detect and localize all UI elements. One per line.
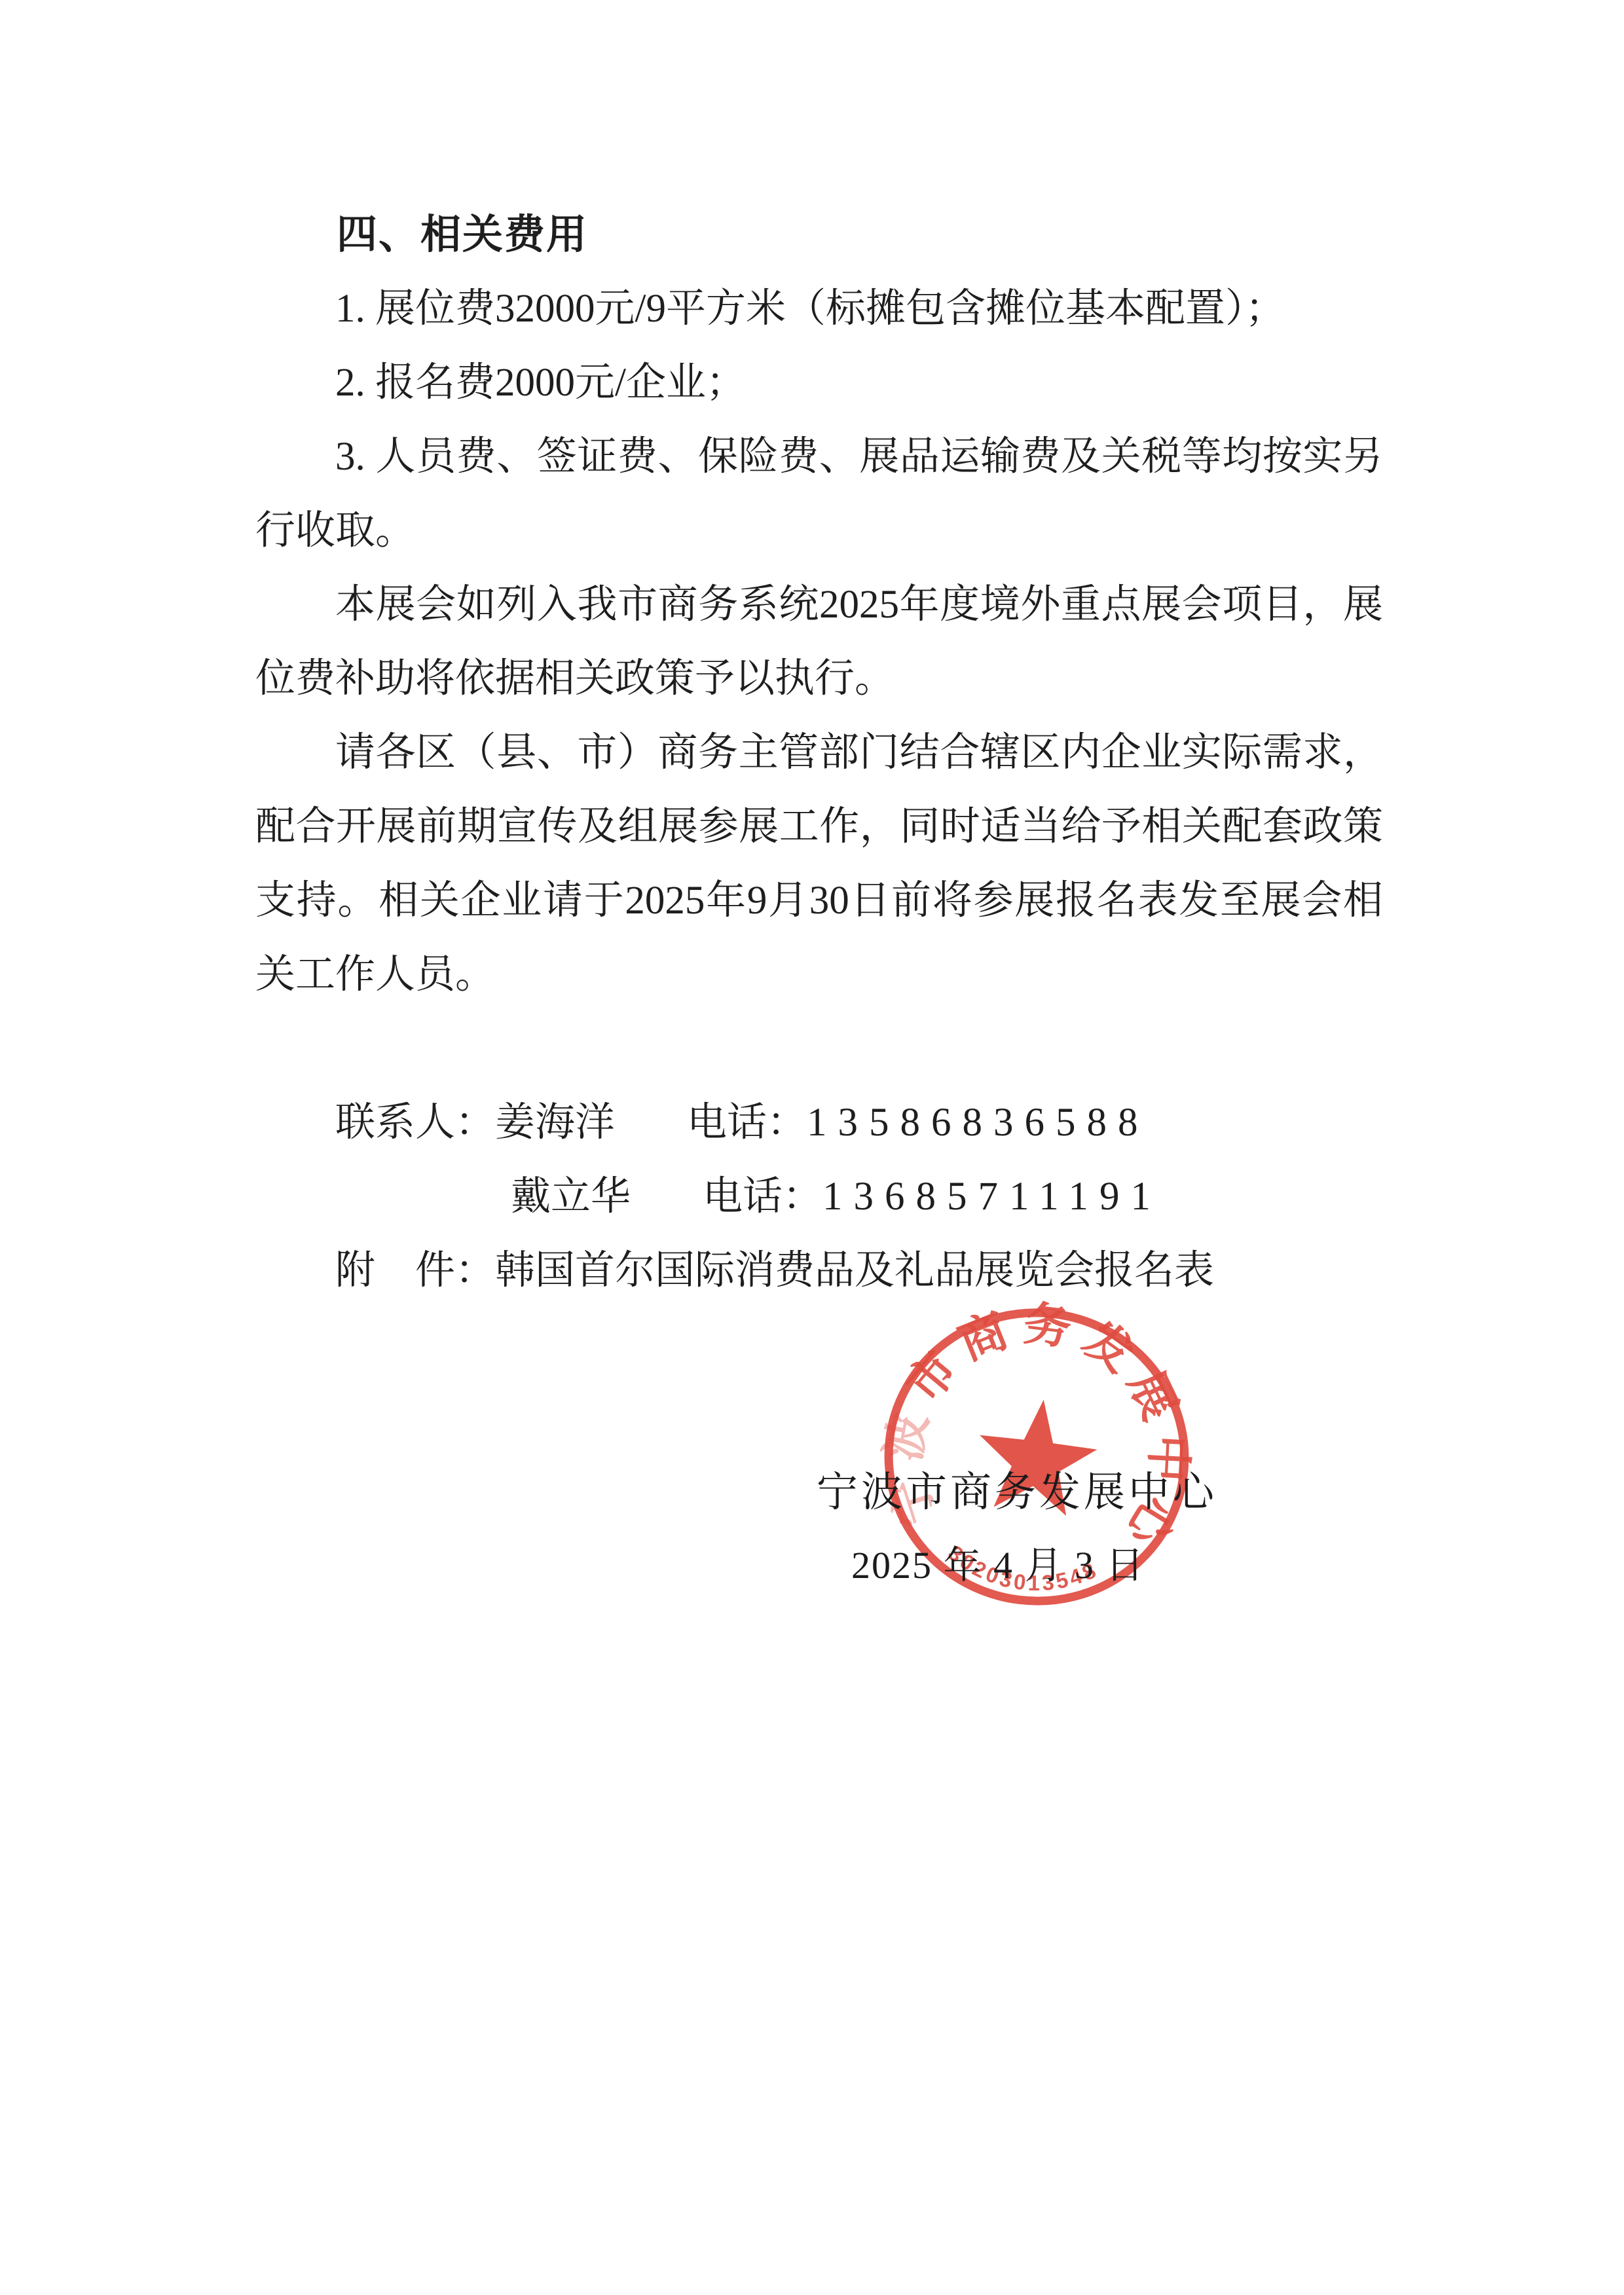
fee-item-booth: 1. 展位费32000元/9平方米（标摊包含摊位基本配置）；	[255, 272, 1383, 346]
section-heading: 四、相关费用	[255, 198, 1383, 272]
contact-name-1: 姜海洋	[495, 1101, 615, 1145]
fee-item-registration: 2. 报名费2000元/企业；	[255, 346, 1383, 420]
phone-label-2: 电话：	[703, 1175, 822, 1219]
contact-line-2: 戴立华电话：13685711191	[255, 1160, 1383, 1234]
fee-item-other: 3. 人员费、签证费、保险费、展品运输费及关税等均按实另行收取。	[255, 420, 1383, 568]
phone-number-2: 13685711191	[822, 1175, 1162, 1219]
signature-date: 2025 年 4 月 3 日	[851, 1547, 1145, 1585]
attachment-title: 韩国首尔国际消费品及礼品展览会报名表	[495, 1249, 1214, 1293]
document-body: 四、相关费用 1. 展位费32000元/9平方米（标摊包含摊位基本配置）； 2.…	[255, 198, 1383, 1308]
phone-label-1: 电话：	[687, 1101, 807, 1145]
seal-ring-text-faint: 宁波	[871, 1398, 959, 1537]
paragraph-request: 请各区（县、市）商务主管部门结合辖区内企业实际需求，配合开展前期宣传及组展参展工…	[255, 716, 1383, 1012]
contact-label: 联系人：	[335, 1101, 495, 1145]
paragraph-subsidy: 本展会如列入我市商务系统2025年度境外重点展会项目，展位费补助将依据相关政策予…	[255, 568, 1383, 716]
signature-organization: 宁波市商务发展中心	[817, 1472, 1217, 1513]
contact-name-2: 戴立华	[511, 1175, 631, 1219]
phone-number-1: 13586836588	[807, 1101, 1149, 1145]
official-notice-page: 四、相关费用 1. 展位费32000元/9平方米（标摊包含摊位基本配置）； 2.…	[0, 0, 1624, 2295]
attachment-line: 附 件：韩国首尔国际消费品及礼品展览会报名表	[255, 1234, 1383, 1308]
attachment-label: 附 件：	[335, 1249, 495, 1293]
contact-line-1: 联系人：姜海洋电话：13586836588	[255, 1086, 1383, 1160]
blank-line	[255, 1012, 1383, 1086]
